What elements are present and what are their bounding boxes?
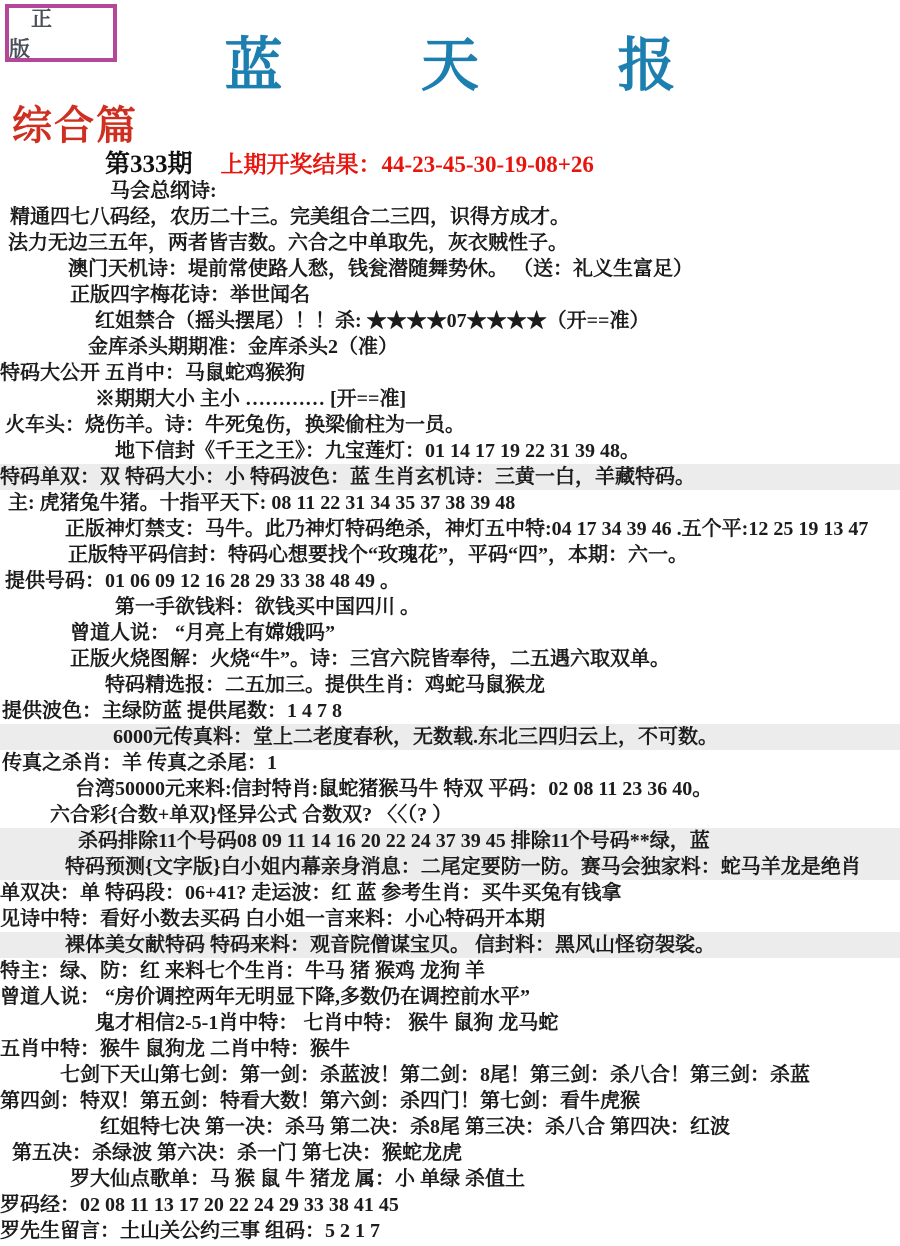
text-line: 6000元传真料：堂上二老度春秋，无数载.东北三四归云上，不可数。 bbox=[0, 724, 900, 750]
text-line: 鬼才相信2-5-1肖中特： 七肖中特： 猴牛 鼠狗 龙马蛇 bbox=[0, 1010, 900, 1036]
text-line: 金库杀头期期准：金库杀头2（准） bbox=[0, 334, 900, 360]
text-line: 特主：绿、防：红 来料七个生肖：牛马 猪 猴鸡 龙狗 羊 bbox=[0, 958, 900, 984]
text-line: 特码预测{文字版}白小姐内幕亲身消息：二尾定要防一防。赛马会独家料：蛇马羊龙是绝… bbox=[0, 854, 900, 880]
text-line: 曾道人说： “月亮上有嫦娥吗” bbox=[0, 620, 900, 646]
issue-row: 第333期上期开奖结果：44-23-45-30-19-08+26 bbox=[105, 144, 594, 180]
text-line: 提供号码：01 06 09 12 16 28 29 33 38 48 49 。 bbox=[0, 568, 900, 594]
text-line: 六合彩{合数+单双}怪异公式 合数双? 〈〈（? ） bbox=[0, 802, 900, 828]
text-line: 罗大仙点歌单：马 猴 鼠 牛 猪龙 属：小 单绿 杀值土 bbox=[0, 1166, 900, 1192]
text-line: 主: 虎猪兔牛猪。十指平天下: 08 11 22 31 34 35 37 38 … bbox=[0, 490, 900, 516]
text-line: 正版四字梅花诗：举世闻名 bbox=[0, 282, 900, 308]
text-line: 单双决：单 特码段：06+41? 走运波：红 蓝 参考生肖：买牛买兔有钱拿 bbox=[0, 880, 900, 906]
text-line: 澳门天机诗：堤前常使路人愁，钱瓮潜随舞势休。 （送：礼义生富足） bbox=[0, 256, 900, 282]
text-line: 罗码经：02 08 11 13 17 20 22 24 29 33 38 41 … bbox=[0, 1192, 900, 1218]
text-line: 正版火烧图解：火烧“牛”。诗：三宫六院皆奉待，二五遇六取双单。 bbox=[0, 646, 900, 672]
text-line: 红姐特七决 第一决：杀马 第二决：杀8尾 第三决：杀八合 第四决：红波 bbox=[0, 1114, 900, 1140]
text-line: 正版特平码信封：特码心想要找个“玫瑰花”，平码“四”，本期：六一。 bbox=[0, 542, 900, 568]
text-line: 见诗中特：看好小数去买码 白小姐一言来料：小心特码开本期 bbox=[0, 906, 900, 932]
report-page: 正 版 蓝 天 报 综合篇 第333期上期开奖结果：44-23-45-30-19… bbox=[0, 0, 900, 1246]
text-line: 罗先生留言：土山关公约三事 组码：5 2 1 7 bbox=[0, 1218, 900, 1244]
text-line: 七剑下天山第七剑：第一剑：杀蓝波！第二剑：8尾！第三剑：杀八合！第三剑：杀蓝 bbox=[0, 1062, 900, 1088]
text-line: 曾道人说： “房价调控两年无明显下降,多数仍在调控前水平” bbox=[0, 984, 900, 1010]
text-line: 第四剑：特双！第五剑：特看大数！第六剑：杀四门！第七剑：看牛虎猴 bbox=[0, 1088, 900, 1114]
issue-number: 第333期 bbox=[105, 151, 193, 178]
text-line: 法力无边三五年，两者皆吉数。六合之中单取先，灰衣贼性子。 bbox=[0, 230, 900, 256]
text-line: 特码大公开 五肖中：马鼠蛇鸡猴狗 bbox=[0, 360, 900, 386]
text-line: 火车头：烧伤羊。诗：牛死兔伤，换梁偷柱为一员。 bbox=[0, 412, 900, 438]
text-line: 马会总纲诗: bbox=[0, 178, 900, 204]
text-line: 杀码排除11个号码08 09 11 14 16 20 22 24 37 39 4… bbox=[0, 828, 900, 854]
text-line: ※期期大小 主小 ………… [开==准] bbox=[0, 386, 900, 412]
last-draw-result: 上期开奖结果：44-23-45-30-19-08+26 bbox=[221, 152, 594, 177]
text-line: 正版神灯禁支：马牛。此乃神灯特码绝杀，神灯五中特:04 17 34 39 46 … bbox=[0, 516, 900, 542]
text-line: 第五决：杀绿波 第六决：杀一门 第七决：猴蛇龙虎 bbox=[0, 1140, 900, 1166]
section-heading: 综合篇 bbox=[12, 94, 138, 151]
last-draw-result-numbers: 44-23-45-30-19-08+26 bbox=[382, 152, 594, 177]
text-line: 五肖中特：猴牛 鼠狗龙 二肖中特：猴牛 bbox=[0, 1036, 900, 1062]
text-line: 特码单双：双 特码大小：小 特码波色：蓝 生肖玄机诗：三黄一白，羊藏特码。 bbox=[0, 464, 900, 490]
text-line: 地下信封《千王之王》：九宝莲灯：01 14 17 19 22 31 39 48。 bbox=[0, 438, 900, 464]
report-title: 蓝 天 报 bbox=[0, 18, 900, 102]
text-line: 台湾50000元来料:信封特肖:鼠蛇猪猴马牛 特双 平码：02 08 11 23… bbox=[0, 776, 900, 802]
text-line: 裸体美女献特码 特码来料：观音院僧谋宝贝。 信封料：黑风山怪窃袈裟。 bbox=[0, 932, 900, 958]
body-lines: 马会总纲诗:精通四七八码经，农历二十三。完美组合二三四，识得方成才。法力无边三五… bbox=[0, 178, 900, 1244]
last-draw-result-label: 上期开奖结果： bbox=[221, 152, 382, 177]
text-line: 精通四七八码经，农历二十三。完美组合二三四，识得方成才。 bbox=[0, 204, 900, 230]
text-line: 传真之杀肖：羊 传真之杀尾：1 bbox=[0, 750, 900, 776]
text-line: 第一手欲钱料：欲钱买中国四川 。 bbox=[0, 594, 900, 620]
text-line: 提供波色：主绿防蓝 提供尾数：1 4 7 8 bbox=[0, 698, 900, 724]
text-line: 红姐禁合（摇头摆尾）！！杀: ★★★★07★★★★（开==准） bbox=[0, 308, 900, 334]
text-line: 特码精选报：二五加三。提供生肖：鸡蛇马鼠猴龙 bbox=[0, 672, 900, 698]
